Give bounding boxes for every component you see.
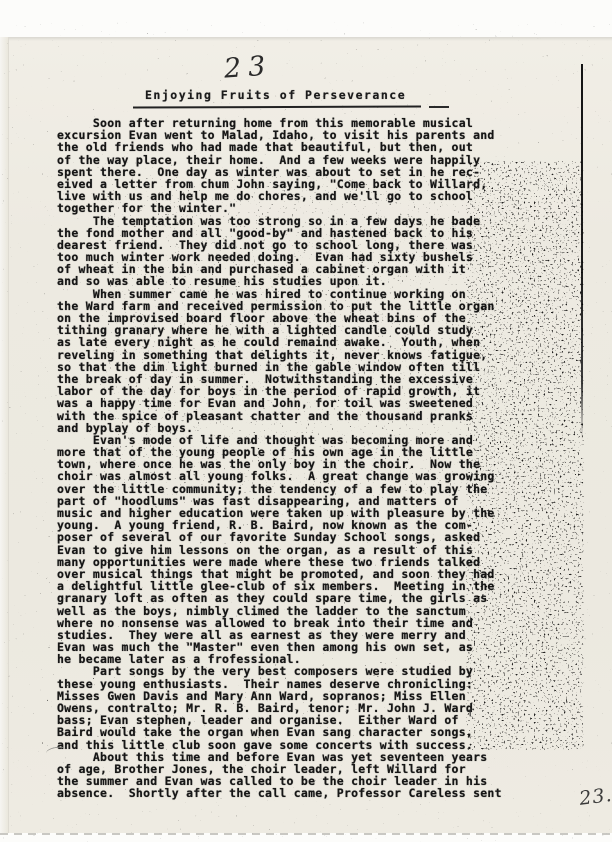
- text-line: was a happy time for Evan and John, for …: [57, 397, 527, 409]
- text-line: Baird would take the organ when Evan san…: [57, 726, 527, 738]
- text-line: these young enthusiasts. Their names des…: [57, 678, 527, 690]
- text-line: together for the winter.": [57, 202, 527, 214]
- text-line: Part songs by the very best composers we…: [57, 665, 527, 677]
- text-line: The temptation was too strong so in a fe…: [57, 215, 527, 227]
- text-line: granary loft as often as they could spar…: [57, 592, 527, 604]
- typewritten-body: Soon after returning home from this memo…: [57, 117, 527, 800]
- paper-top-edge-shadow: [0, 37, 612, 41]
- page-title: Enjoying Fruits of Perseverance: [145, 88, 406, 102]
- text-line: as late every night as he could remaind …: [57, 336, 527, 348]
- text-line: When summer came he was hired to continu…: [57, 288, 527, 300]
- handwritten-page-number-top: 23: [223, 50, 273, 84]
- text-line: poser of several of our favorite Sunday …: [57, 531, 527, 543]
- text-line: and this little club soon gave some conc…: [57, 739, 527, 751]
- text-line: the old friends who had made that beauti…: [57, 141, 527, 153]
- text-line: of the way place, their home. And a few …: [57, 154, 527, 166]
- text-line: over the little community; the tendency …: [57, 483, 527, 495]
- paper-left-edge: [0, 37, 9, 833]
- text-line: well as the boys, nimbly climed the ladd…: [57, 605, 527, 617]
- text-line: absence. Shortly after the call came, Pr…: [57, 787, 527, 799]
- text-line: reveling in something that delights it, …: [57, 349, 527, 361]
- scan-edge-line: [581, 64, 583, 440]
- text-line: Evan to give him lessons on the organ, a…: [57, 544, 527, 556]
- text-line: choir was almost all young folks. A grea…: [57, 470, 527, 482]
- text-line: with the spice of pleasant chatter and t…: [57, 410, 527, 422]
- scan-top-band: [0, 0, 612, 37]
- scan-bottom-band: [0, 835, 612, 842]
- handwritten-page-number-bottom: 23.-: [578, 783, 612, 810]
- text-line: and so was able to resume his studies up…: [57, 275, 527, 287]
- title-underline-short: [429, 106, 449, 108]
